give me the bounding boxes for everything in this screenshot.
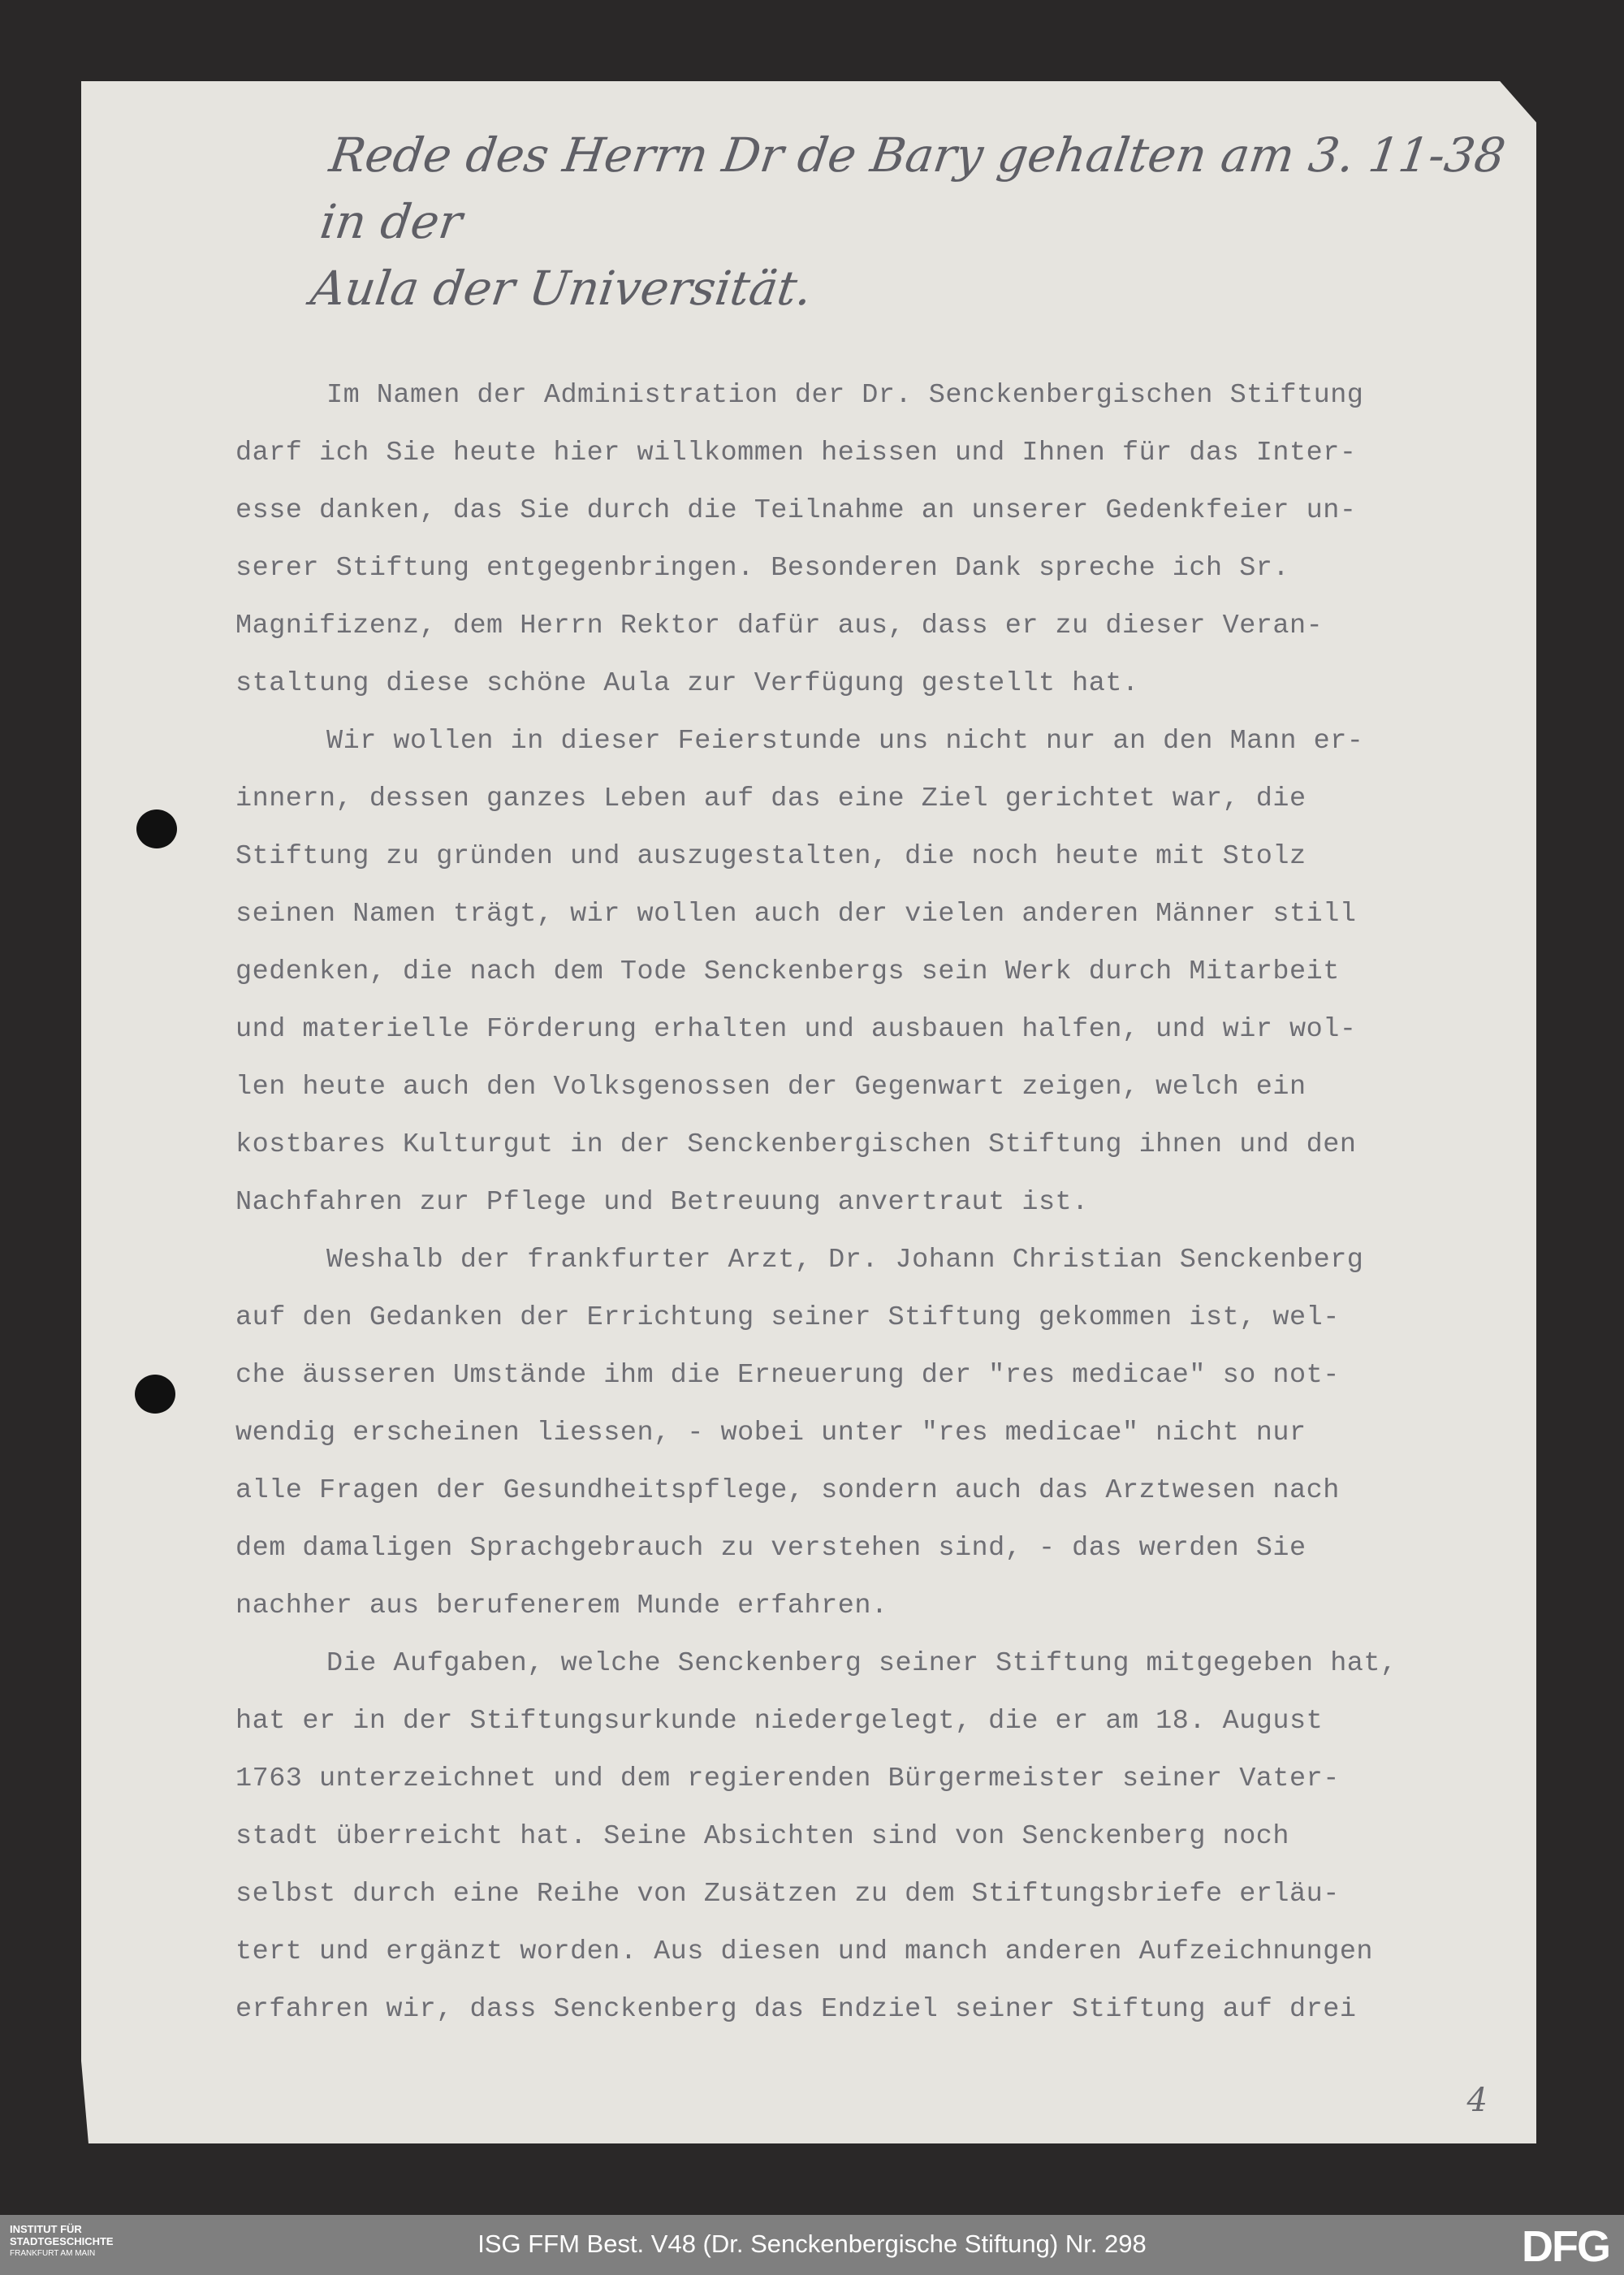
typed-body-text: Im Namen der Administration der Dr. Senc…: [235, 367, 1616, 2039]
typed-line: serer Stiftung entgegenbringen. Besonder…: [235, 540, 1616, 598]
typed-line: wendig erscheinen liessen, - wobei unter…: [235, 1405, 1616, 1462]
typed-line: stadt überreicht hat. Seine Absichten si…: [235, 1808, 1616, 1866]
typed-line: alle Fragen der Gesundheitspflege, sonde…: [235, 1462, 1616, 1520]
archive-footer: INSTITUT FÜR STADTGESCHICHTE FRANKFURT A…: [0, 2215, 1624, 2275]
typed-line: Die Aufgaben, welche Senckenberg seiner …: [235, 1635, 1616, 1693]
typed-line: len heute auch den Volksgenossen der Geg…: [235, 1059, 1616, 1116]
document-page: Rede des Herrn Dr de Bary gehalten am 3.…: [81, 81, 1536, 2143]
typed-line: dem damaligen Sprachgebrauch zu verstehe…: [235, 1520, 1616, 1578]
typed-line: Magnifizenz, dem Herrn Rektor dafür aus,…: [235, 598, 1616, 655]
typed-line: Im Namen der Administration der Dr. Senc…: [235, 367, 1616, 425]
punch-hole-bottom: [135, 1375, 175, 1414]
typed-line: kostbares Kulturgut in der Senckenbergis…: [235, 1116, 1616, 1174]
typed-line: gedenken, die nach dem Tode Senckenbergs…: [235, 943, 1616, 1001]
handwritten-line: Aula der Universität.: [307, 255, 1535, 322]
typed-line: darf ich Sie heute hier willkommen heiss…: [235, 425, 1616, 482]
handwritten-header: Rede des Herrn Dr de Bary gehalten am 3.…: [307, 122, 1553, 322]
typed-line: selbst durch eine Reihe von Zusätzen zu …: [235, 1866, 1616, 1923]
typed-line: staltung diese schöne Aula zur Verfügung…: [235, 655, 1616, 713]
typed-line: tert und ergänzt worden. Aus diesen und …: [235, 1923, 1616, 1981]
typed-line: hat er in der Stiftungsurkunde niedergel…: [235, 1693, 1616, 1750]
handwritten-line: Rede des Herrn Dr de Bary gehalten am 3.…: [316, 122, 1553, 255]
typed-line: che äusseren Umstände ihm die Erneuerung…: [235, 1347, 1616, 1405]
typed-line: seinen Namen trägt, wir wollen auch der …: [235, 886, 1616, 943]
typed-line: erfahren wir, dass Senckenberg das Endzi…: [235, 1981, 1616, 2039]
archive-caption: ISG FFM Best. V48 (Dr. Senckenbergische …: [0, 2230, 1624, 2259]
typed-line: esse danken, das Sie durch die Teilnahme…: [235, 482, 1616, 540]
punch-hole-top: [136, 809, 177, 848]
page-number: 4: [1467, 2082, 1488, 2119]
typed-line: Nachfahren zur Pflege und Betreuung anve…: [235, 1174, 1616, 1232]
typed-line: Stiftung zu gründen und auszugestalten, …: [235, 828, 1616, 886]
typed-line: innern, dessen ganzes Leben auf das eine…: [235, 771, 1616, 828]
typed-line: 1763 unterzeichnet und dem regierenden B…: [235, 1750, 1616, 1808]
dfg-logo: DFG: [1522, 2225, 1609, 2269]
typed-line: und materielle Förderung erhalten und au…: [235, 1001, 1616, 1059]
typed-line: Wir wollen in dieser Feierstunde uns nic…: [235, 713, 1616, 771]
typed-line: auf den Gedanken der Errichtung seiner S…: [235, 1289, 1616, 1347]
typed-line: Weshalb der frankfurter Arzt, Dr. Johann…: [235, 1232, 1616, 1289]
typed-line: nachher aus berufenerem Munde erfahren.: [235, 1578, 1616, 1635]
